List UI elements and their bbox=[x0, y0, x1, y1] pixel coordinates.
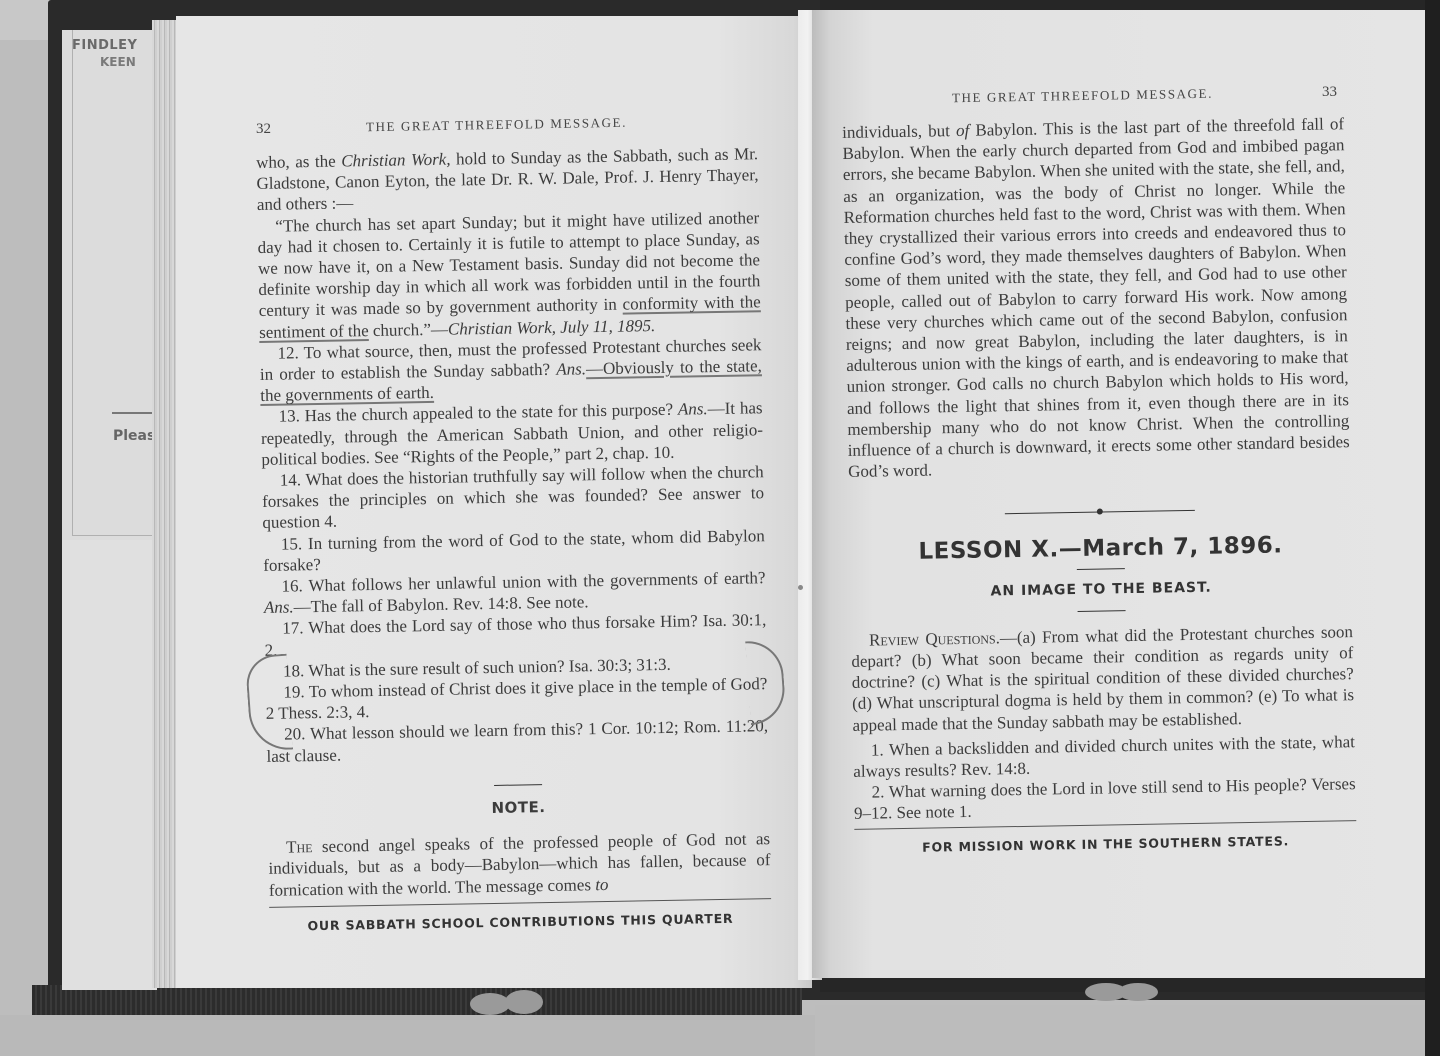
citation: Christian Work, July 11, 1895. bbox=[448, 316, 656, 339]
background-surface-right bbox=[815, 1005, 1440, 1056]
pencil-dot bbox=[798, 585, 803, 590]
slip-label-1: FINDLEY bbox=[72, 38, 137, 53]
quote-paragraph: “The church has set apart Sunday; but it… bbox=[257, 207, 761, 343]
slip-border bbox=[72, 30, 158, 536]
left-page-body: who, as the Christian Work, hold to Sund… bbox=[256, 143, 772, 937]
note-paragraph: The second angel speaks of the professed… bbox=[268, 828, 771, 900]
tab-mark bbox=[505, 990, 543, 1014]
slip-plea-text: Pleas bbox=[113, 428, 155, 444]
slip-rule bbox=[112, 412, 152, 414]
paragraph: who, as the Christian Work, hold to Sund… bbox=[256, 143, 759, 215]
page-number-left: 32 bbox=[256, 121, 271, 138]
slip-label-2: KEEN bbox=[100, 55, 136, 69]
review-questions: Review Questions.—(a) From what did the … bbox=[851, 621, 1355, 736]
tab-mark bbox=[1118, 983, 1158, 1001]
question-14: 14. What does the historian truthfully s… bbox=[262, 461, 765, 533]
question-13: 13. Has the church appealed to the state… bbox=[260, 398, 763, 470]
continued-paragraph: individuals, but of Babylon. This is the… bbox=[842, 113, 1350, 482]
page-number-right: 33 bbox=[1322, 84, 1337, 101]
tab-mark bbox=[470, 993, 510, 1015]
right-page-body: individuals, but of Babylon. This is the… bbox=[842, 113, 1357, 859]
slip-lower bbox=[62, 540, 157, 990]
book-edge-right bbox=[1425, 0, 1440, 1056]
page-stack-edge bbox=[152, 20, 178, 988]
question-12: 12. To what source, then, must the profe… bbox=[259, 334, 762, 406]
